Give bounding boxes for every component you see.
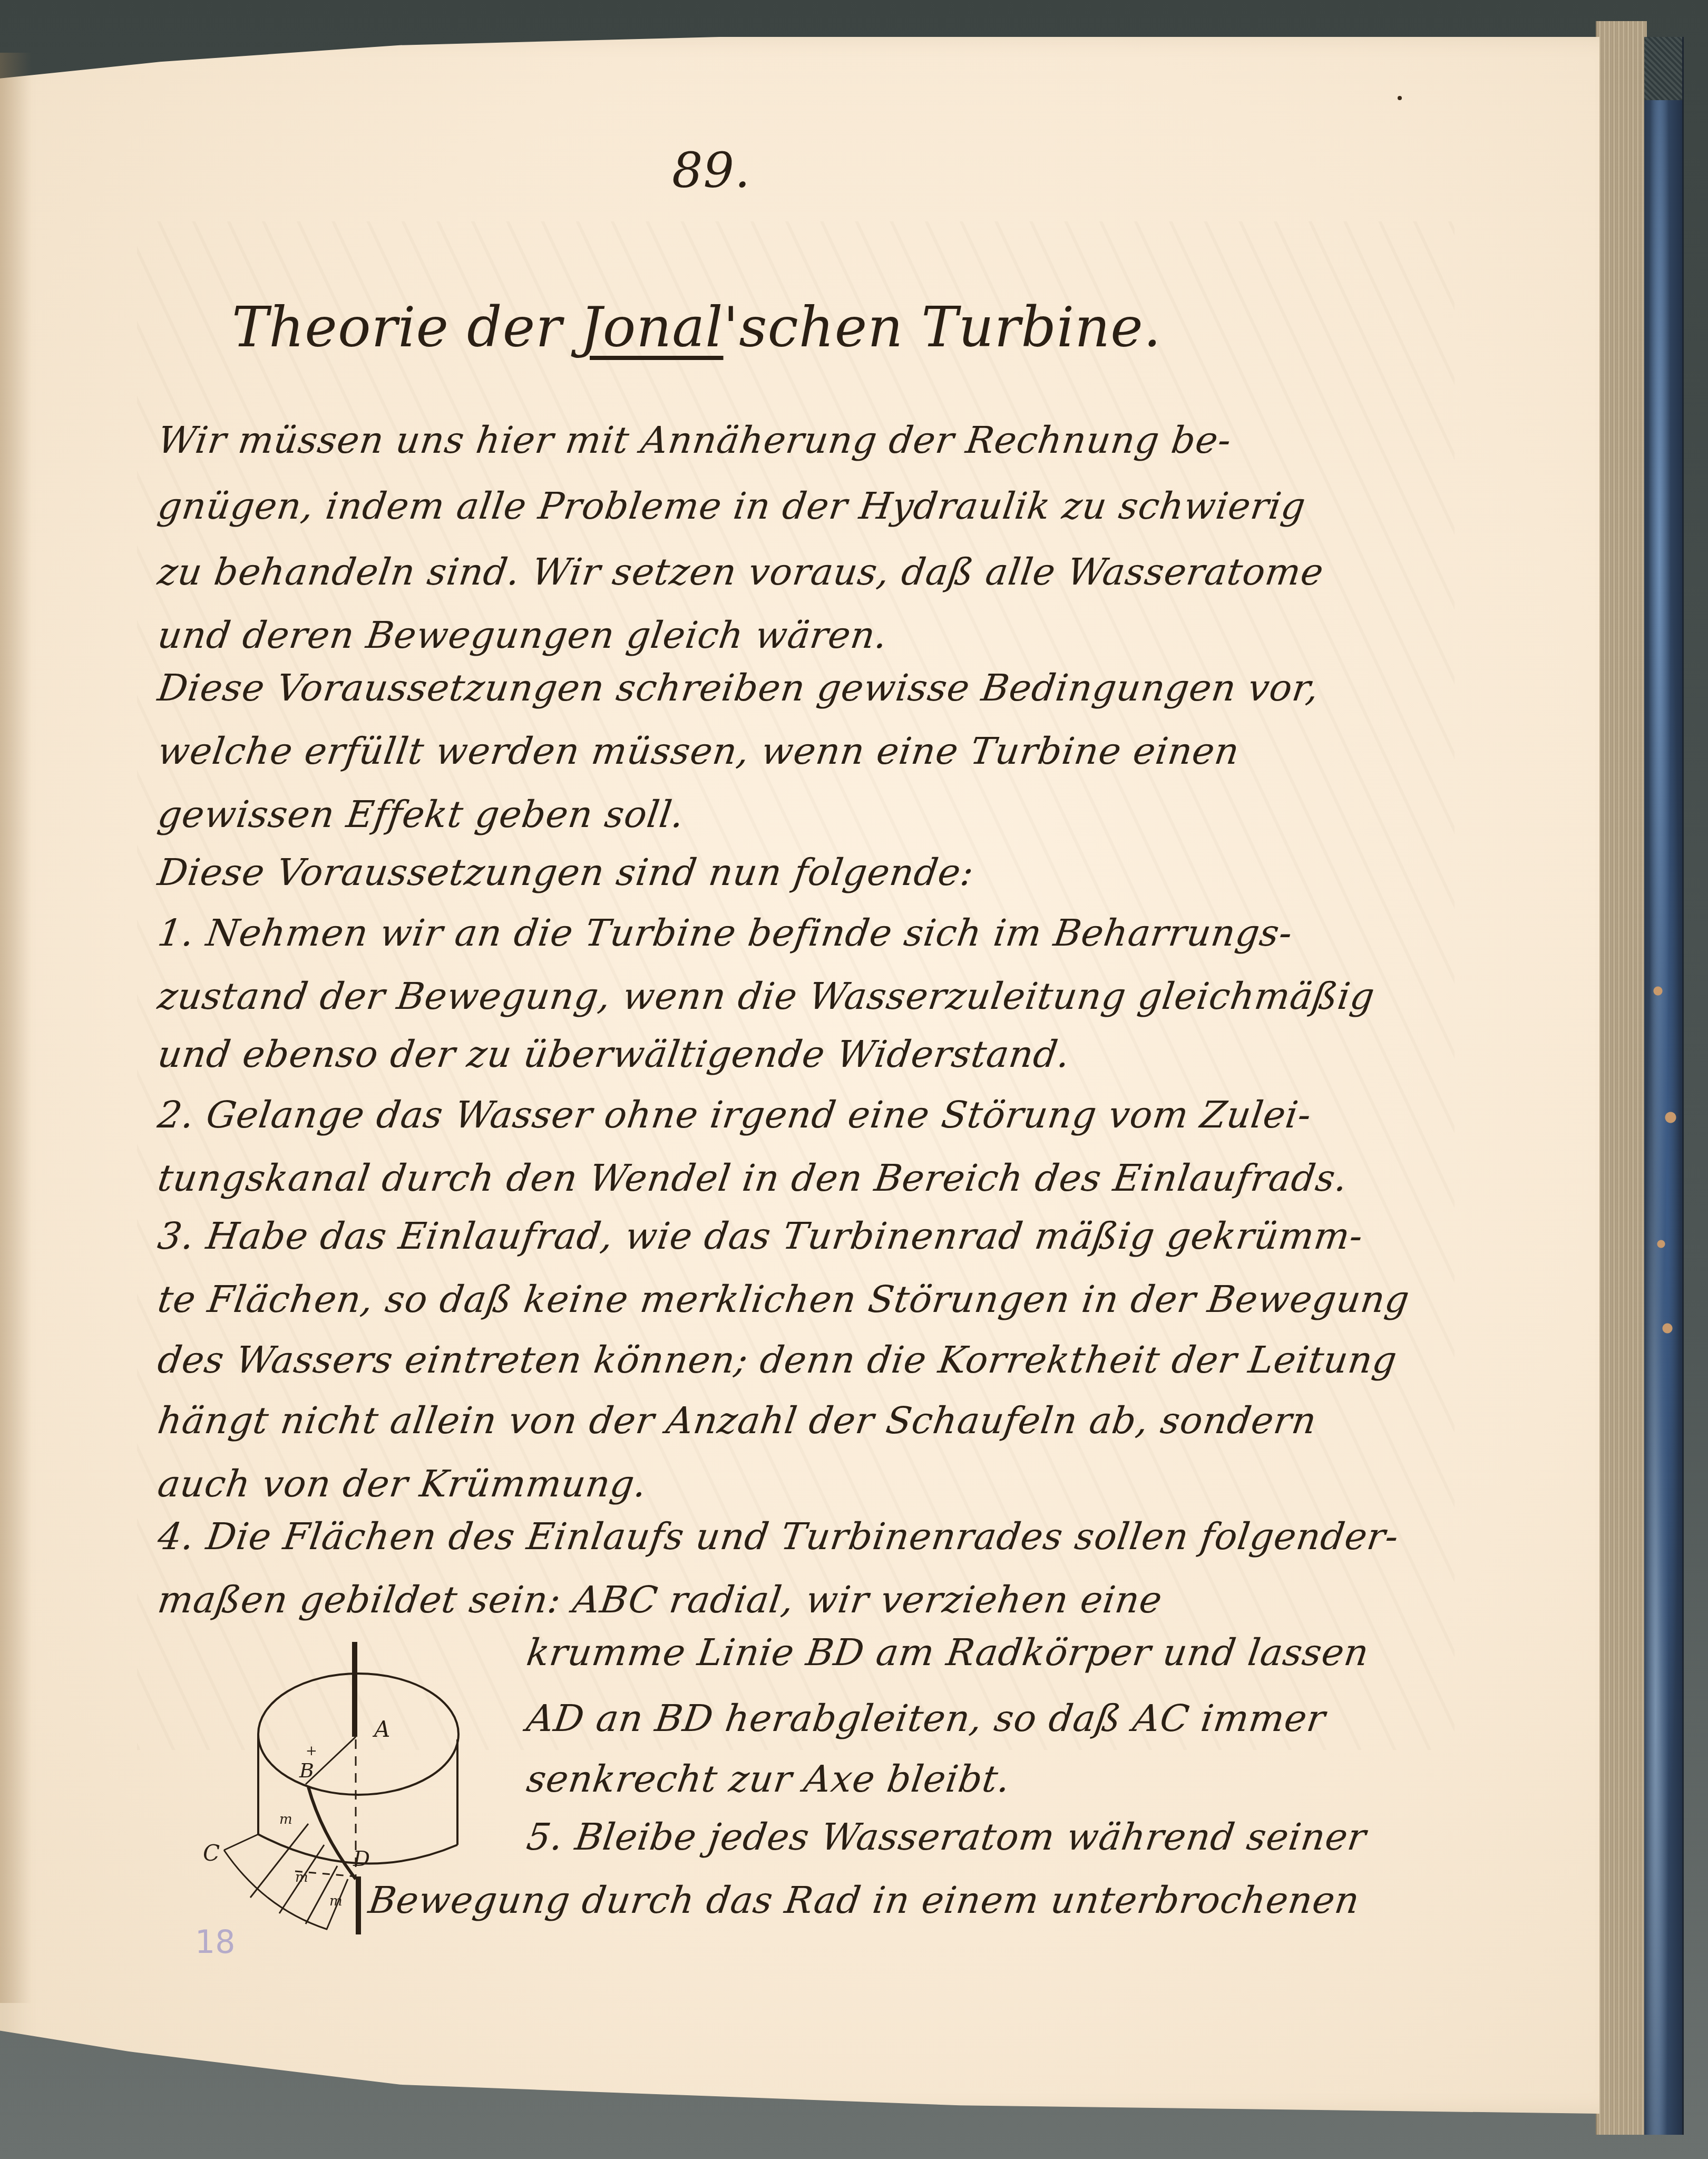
ink-dot — [1398, 96, 1402, 100]
diagram-labels: A B C D m m m + — [203, 1716, 390, 1909]
text-line: tungskanal durch den Wendel in den Berei… — [155, 1160, 1350, 1197]
list-item-4: 4. Die Flächen des Einlaufs und Turbinen… — [155, 1518, 1401, 1555]
page-number: 89. — [672, 142, 750, 199]
text-line: und deren Bewegungen gleich wären. — [155, 617, 890, 654]
text-line: Diese Voraussetzungen schreiben gewisse … — [155, 669, 1321, 706]
text-line: gewissen Effekt geben soll. — [155, 796, 687, 833]
text-line: hängt nicht allein von der Anzahl der Sc… — [155, 1402, 1319, 1439]
book-page-edges — [1596, 21, 1647, 2135]
title-suffix: 'schen Turbine. — [724, 295, 1162, 359]
text-line-wrapped: AD an BD herabgleiten, so daß AC immer — [524, 1700, 1328, 1737]
label-plus: + — [306, 1743, 317, 1759]
text-line-wrapped: senkrecht zur Axe bleibt. — [524, 1761, 1013, 1797]
turbine-diagram: A B C D m m m + — [174, 1613, 543, 1950]
page-title: Theorie der Jonal'schen Turbine. — [232, 295, 1162, 359]
text-line: welche erfüllt werden müssen, wenn eine … — [155, 733, 1242, 770]
text-line: gnügen, indem alle Probleme in der Hydra… — [155, 488, 1308, 524]
label-m: m — [329, 1893, 343, 1909]
spine-marbling — [1648, 949, 1680, 1370]
gutter-shadow — [0, 53, 32, 2003]
list-item-2: 2. Gelange das Wasser ohne irgend eine S… — [155, 1096, 1314, 1133]
text-line: zustand der Bewegung, wenn die Wasserzul… — [155, 978, 1377, 1015]
text-line: Wir müssen uns hier mit Annäherung der R… — [155, 422, 1234, 459]
label-C: C — [203, 1840, 220, 1866]
text-line: te Flächen, so daß keine merklichen Stör… — [155, 1281, 1412, 1318]
text-line: zu behandeln sind. Wir setzen voraus, da… — [155, 553, 1326, 590]
label-A: A — [372, 1716, 390, 1742]
spine-cloth-top — [1644, 37, 1682, 100]
label-D: D — [353, 1847, 370, 1871]
list-item-5: 5. Bleibe jedes Wasseratom während seine… — [524, 1818, 1369, 1855]
text-line: Diese Voraussetzungen sind nun folgende: — [155, 854, 976, 891]
library-stamp-mark: 18 — [195, 1924, 235, 1961]
list-item-3: 3. Habe das Einlaufrad, wie das Turbinen… — [155, 1218, 1365, 1254]
title-name-underlined: Jonal — [580, 295, 724, 359]
text-line: auch von der Krümmung. — [155, 1465, 649, 1502]
label-m: m — [295, 1870, 308, 1885]
text-line-wrapped: krumme Linie BD am Radkörper und lassen — [524, 1634, 1371, 1671]
title-prefix: Theorie der — [232, 295, 580, 359]
list-item-1: 1. Nehmen wir an die Turbine befinde sic… — [155, 915, 1295, 951]
label-B: B — [299, 1759, 314, 1782]
text-line: des Wassers eintreten können; denn die K… — [155, 1341, 1399, 1378]
label-m: m — [279, 1812, 292, 1827]
text-line: und ebenso der zu überwältigende Widerst… — [155, 1036, 1072, 1073]
cylinder-outline — [258, 1674, 458, 1864]
